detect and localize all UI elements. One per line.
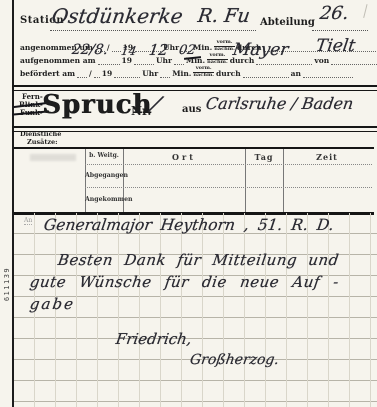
row3-min: Min. [172,69,191,78]
abgegangen-row-label: Abgegangen [85,172,123,179]
log-row-befoerdert: befördert am / 19 Uhr Min. vorm. nachm. … [20,66,372,78]
message-addressee: Generalmajor Heythorn , 51. R. D. [43,216,335,234]
origin-station-handwritten: Tielt [315,36,357,56]
relay-column-header: b. Weitg. [85,152,123,159]
relay-table: b. Weitg. Ort Tag Zeit Abgegangen Angeko… [14,147,374,215]
row3-uhr: Uhr [142,69,158,78]
dienstliche-label-1: Dienstliche [20,130,61,138]
row3-an: an [291,69,301,78]
double-rule [12,126,377,132]
row3-19: 19 [102,69,112,78]
vorm-nachm-choice: vorm. nachm. [214,40,235,52]
dotted-line [98,57,120,65]
an-mark: An [24,217,32,225]
signature-name: Friedrich, [115,330,193,348]
table-dotted-rule [85,164,372,166]
dotted-line [50,29,256,31]
ort-header: Ort [123,152,245,162]
vorm-nachm-choice: vorm. nachm. [207,53,228,65]
station-value-handwritten: Ostdünkerke [50,4,184,28]
tag-header: Tag [245,152,283,162]
row3-durch: durch [216,69,241,78]
dotted-line [114,70,140,78]
unit-code-handwritten: R. Fu [196,5,251,27]
dotted-line [94,70,100,78]
origin-city-handwritten: Carlsruhe / Baden [205,94,355,113]
dotted-line [243,70,289,78]
dotted-line [331,57,377,65]
dotted-line [77,70,87,78]
dotted-line [112,44,121,52]
received-year-handwritten: 14 [120,44,137,58]
dotted-line [303,70,353,78]
message-line: gabe [29,295,77,313]
row3-slash: / [89,69,92,78]
signature-title: Großherzog. [189,352,280,368]
operator-name-handwritten: Mayer [232,40,290,60]
archive-side-number: 611139 [3,255,11,313]
received-date-handwritten: 22/8. [71,42,109,58]
dotted-line [160,70,170,78]
table-dotted-rule [85,187,372,189]
row2-von: von [314,56,329,65]
dotted-line [174,57,184,65]
received-minute-handwritten: 02 [178,43,197,58]
message-line: gute Wünsche für die neue Auf - [29,273,340,291]
corner-pencil-mark [354,2,367,18]
vorm-nachm-choice: vorm. nachm. [193,66,214,78]
dienstliche-label-2: Zusätze: [27,138,58,146]
dotted-line [312,29,368,31]
message-line: Besten Dank für Mitteilung und [57,251,340,269]
abteilung-label: Abteilung [260,17,315,28]
zeit-header: Zeit [283,152,371,162]
received-hour-handwritten: 12 [148,41,170,59]
angekommen-row-label: Angekommen [85,196,123,203]
abteilung-value-handwritten: 26. [319,3,351,24]
aus-label: aus [182,104,201,115]
row3-label: befördert am [20,69,75,78]
faint-stamp [30,154,76,161]
telegram-form: 611139 Station Ostdünkerke R. Fu Abteilu… [0,0,377,407]
